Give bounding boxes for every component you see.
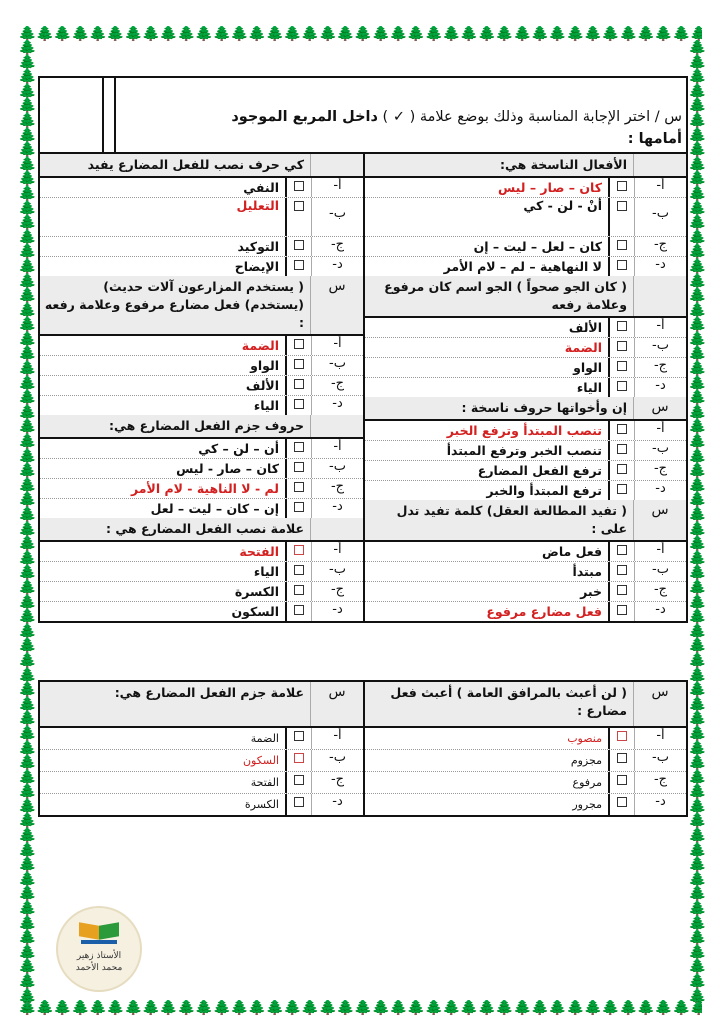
question-header: سعلامة جزم الفعل المضارع هي:: [40, 682, 363, 728]
answer-checkbox[interactable]: [285, 257, 311, 276]
decorative-tree-border-right: 🌲🌲🌲🌲🌲🌲🌲🌲🌲🌲🌲🌲🌲🌲🌲🌲🌲🌲🌲🌲🌲🌲🌲🌲🌲🌲🌲🌲🌲🌲🌲🌲🌲🌲🌲🌲🌲🌲🌲🌲…: [688, 40, 706, 1010]
answer-checkbox[interactable]: [608, 198, 634, 236]
question-text: ( كان الجو صحواً ) الجو اسم كان مرفوع وع…: [365, 276, 633, 316]
question-header: حروف جزم الفعل المضارع هي:: [40, 415, 363, 439]
checkbox-square-icon[interactable]: [294, 731, 304, 741]
answer-option: أ-فعل ماض: [365, 542, 686, 562]
option-text: مرفوع: [365, 776, 608, 789]
option-text: مبتدأ: [365, 564, 608, 579]
option-letter: ب-: [634, 198, 686, 236]
answer-checkbox[interactable]: [608, 728, 634, 749]
question-block: الأفعال الناسخة هي:أ-كان – صار – ليسب-أن…: [365, 154, 686, 276]
option-text: الياء: [40, 564, 285, 579]
option-letter: أ-: [634, 728, 686, 749]
answer-option: ج-خبر: [365, 582, 686, 602]
question-header: علامة نصب الفعل المضارع هي :: [40, 518, 363, 542]
option-letter: أ-: [311, 439, 363, 458]
answer-option: ب-التعليل: [40, 198, 363, 237]
answer-checkbox[interactable]: [285, 542, 311, 561]
option-text: أنْ - لن - كي: [365, 198, 608, 213]
answer-checkbox[interactable]: [285, 237, 311, 256]
option-text: التعليل: [40, 198, 285, 213]
question-block: كي حرف نصب للفعل المضارع يفيدأ-النفيب-ال…: [40, 154, 363, 276]
worksheet: س / اختر الإجابة المناسبة وذلك بوضع علام…: [38, 76, 688, 623]
option-text: فعل مضارع مرفوع: [365, 604, 608, 619]
checkbox-square-icon[interactable]: [294, 181, 304, 191]
checkbox-square-icon[interactable]: [294, 399, 304, 409]
answer-checkbox[interactable]: [608, 257, 634, 276]
answer-option: أ-أن – لن – كي: [40, 439, 363, 459]
option-letter: ب-: [634, 750, 686, 771]
option-text: الواو: [40, 358, 285, 373]
question-header: س( تفيد المطالعة العقل) كلمة تفيد تدل عل…: [365, 500, 686, 542]
answer-option: أ-منصوب: [365, 728, 686, 750]
question-prefix: س /: [650, 109, 682, 125]
option-letter: ج-: [634, 237, 686, 256]
answer-checkbox[interactable]: [285, 794, 311, 815]
answer-checkbox[interactable]: [285, 178, 311, 197]
option-text: الواو: [365, 360, 608, 375]
option-letter: أ-: [311, 178, 363, 197]
checkbox-square-icon[interactable]: [294, 605, 304, 615]
option-text: كان – لعل – ليت – إن: [365, 239, 608, 254]
option-text: ترفع الفعل المضارع: [365, 463, 608, 478]
checkbox-square-icon[interactable]: [617, 585, 627, 595]
answer-option: ج-الألف: [40, 376, 363, 396]
question-label: [310, 415, 363, 437]
answer-checkbox[interactable]: [285, 728, 311, 749]
option-text: الإيضاح: [40, 259, 285, 274]
option-letter: ب-: [634, 338, 686, 357]
answer-checkbox[interactable]: [608, 582, 634, 601]
option-letter: ج-: [311, 582, 363, 601]
answer-checkbox[interactable]: [285, 562, 311, 581]
option-text: كان – صار - ليس: [40, 461, 285, 476]
checkbox-square-icon[interactable]: [617, 565, 627, 575]
option-letter: أ-: [311, 542, 363, 561]
option-letter: د-: [311, 257, 363, 276]
option-letter: د-: [311, 602, 363, 621]
checkbox-square-icon[interactable]: [617, 201, 627, 211]
answer-checkbox[interactable]: [608, 602, 634, 621]
question-text: ( لن أعبث بالمرافق العامة ) أعبث فعل مضا…: [365, 682, 633, 726]
answer-checkbox[interactable]: [608, 542, 634, 561]
left-column-bottom: سعلامة جزم الفعل المضارع هي:أ-الضمةب-الس…: [40, 682, 363, 815]
checkbox-square-icon[interactable]: [294, 260, 304, 270]
instructions-box: س / اختر الإجابة المناسبة وذلك بوضع علام…: [38, 76, 688, 152]
checkbox-square-icon[interactable]: [294, 240, 304, 250]
question-label: س: [633, 682, 686, 726]
answer-option: د-الياء: [40, 396, 363, 415]
question-text: علامة نصب الفعل المضارع هي :: [40, 518, 310, 540]
option-letter: د-: [311, 396, 363, 415]
question-header: ( كان الجو صحواً ) الجو اسم كان مرفوع وع…: [365, 276, 686, 318]
option-letter: أ-: [634, 178, 686, 197]
right-column-bottom: س( لن أعبث بالمرافق العامة ) أعبث فعل مض…: [363, 682, 686, 815]
instructions-main: اختر الإجابة المناسبة وذلك بوضع علامة ( …: [378, 109, 650, 125]
option-letter: ب-: [634, 441, 686, 460]
question-text: إن وأخواتها حروف ناسخة :: [365, 397, 633, 419]
option-letter: د-: [634, 257, 686, 276]
checkbox-square-icon[interactable]: [617, 341, 627, 351]
answer-checkbox[interactable]: [285, 750, 311, 771]
answer-checkbox[interactable]: [608, 481, 634, 500]
answer-option: ب-الياء: [40, 562, 363, 582]
checkbox-square-icon[interactable]: [294, 462, 304, 472]
question-label: [633, 276, 686, 316]
checkbox-square-icon[interactable]: [617, 181, 627, 191]
option-letter: أ-: [311, 728, 363, 749]
right-column: الأفعال الناسخة هي:أ-كان – صار – ليسب-أن…: [363, 154, 686, 621]
option-text: مجرور: [365, 798, 608, 811]
answer-option: أ-الألف: [365, 318, 686, 338]
answer-checkbox[interactable]: [608, 378, 634, 397]
option-text: فعل ماض: [365, 544, 608, 559]
option-text: التوكيد: [40, 239, 285, 254]
option-letter: د-: [634, 481, 686, 500]
option-letter: د-: [311, 794, 363, 815]
checkbox-square-icon[interactable]: [617, 444, 627, 454]
checkbox-square-icon[interactable]: [617, 484, 627, 494]
checkbox-square-icon[interactable]: [617, 424, 627, 434]
decorative-tree-border-bottom: 🌲🌲🌲🌲🌲🌲🌲🌲🌲🌲🌲🌲🌲🌲🌲🌲🌲🌲🌲🌲🌲🌲🌲🌲🌲🌲🌲🌲🌲🌲🌲🌲🌲🌲🌲🌲🌲🌲🌲🌲…: [18, 1000, 702, 1020]
option-letter: د-: [634, 378, 686, 397]
option-text: الياء: [40, 398, 285, 413]
checkbox-square-icon[interactable]: [294, 585, 304, 595]
answer-option: د-الإيضاح: [40, 257, 363, 276]
option-text: الياء: [365, 380, 608, 395]
instructions-text: س / اختر الإجابة المناسبة وذلك بوضع علام…: [231, 106, 682, 150]
decorative-tree-border-left: 🌲🌲🌲🌲🌲🌲🌲🌲🌲🌲🌲🌲🌲🌲🌲🌲🌲🌲🌲🌲🌲🌲🌲🌲🌲🌲🌲🌲🌲🌲🌲🌲🌲🌲🌲🌲🌲🌲🌲🌲…: [18, 40, 36, 1010]
answer-option: ج-مرفوع: [365, 772, 686, 794]
answer-checkbox[interactable]: [285, 336, 311, 355]
checkbox-square-icon[interactable]: [294, 201, 304, 211]
answer-option: ج-لم - لا الناهية - لام الأمر: [40, 479, 363, 499]
question-block: سإن وأخواتها حروف ناسخة :أ-تنصب المبتدأ …: [365, 397, 686, 500]
answer-checkbox[interactable]: [285, 602, 311, 621]
option-letter: أ-: [634, 542, 686, 561]
option-text: لا النهاهية – لم – لام الأمر: [365, 259, 608, 274]
question-block: س( تفيد المطالعة العقل) كلمة تفيد تدل عل…: [365, 500, 686, 621]
answer-option: أ-النفي: [40, 178, 363, 198]
checkbox-square-icon[interactable]: [294, 775, 304, 785]
option-letter: ج-: [634, 772, 686, 793]
question-block: ( كان الجو صحواً ) الجو اسم كان مرفوع وع…: [365, 276, 686, 397]
option-text: إن – كان – ليت – لعل: [40, 501, 285, 516]
option-text: الضمة: [40, 338, 285, 353]
checkbox-square-icon[interactable]: [617, 260, 627, 270]
question-text: علامة جزم الفعل المضارع هي:: [40, 682, 310, 726]
answer-option: ج-الكسرة: [40, 582, 363, 602]
option-letter: د-: [634, 794, 686, 815]
answer-option: ب-السكون: [40, 750, 363, 772]
answer-checkbox[interactable]: [608, 794, 634, 815]
option-text: الفتحة: [40, 776, 285, 789]
question-label: [633, 154, 686, 176]
option-text: الضمة: [365, 340, 608, 355]
answer-checkbox[interactable]: [608, 178, 634, 197]
answer-checkbox[interactable]: [285, 376, 311, 395]
answer-option: ج-التوكيد: [40, 237, 363, 257]
checkbox-square-icon[interactable]: [294, 565, 304, 575]
question-label: س: [310, 682, 363, 726]
checkbox-square-icon[interactable]: [617, 361, 627, 371]
checkbox-square-icon[interactable]: [617, 240, 627, 250]
option-text: السكون: [40, 754, 285, 767]
answer-checkbox[interactable]: [608, 750, 634, 771]
answer-option: ب-مبتدأ: [365, 562, 686, 582]
answer-checkbox[interactable]: [285, 772, 311, 793]
option-text: الألف: [40, 378, 285, 393]
checkbox-square-icon[interactable]: [294, 753, 304, 763]
question-block: سعلامة جزم الفعل المضارع هي:أ-الضمةب-الس…: [40, 682, 363, 815]
answer-checkbox[interactable]: [608, 441, 634, 460]
answer-option: أ-كان – صار – ليس: [365, 178, 686, 198]
answer-option: أ-الضمة: [40, 336, 363, 356]
checkbox-square-icon[interactable]: [617, 545, 627, 555]
question-header: سإن وأخواتها حروف ناسخة :: [365, 397, 686, 421]
answer-checkbox[interactable]: [608, 421, 634, 440]
option-text: الفتحة: [40, 544, 285, 559]
option-letter: ب-: [311, 562, 363, 581]
question-label: س: [310, 276, 363, 334]
question-text: ( تفيد المطالعة العقل) كلمة تفيد تدل على…: [365, 500, 633, 540]
question-block: حروف جزم الفعل المضارع هي:أ-أن – لن – كي…: [40, 415, 363, 518]
checkbox-square-icon[interactable]: [617, 464, 627, 474]
question-header: س( لن أعبث بالمرافق العامة ) أعبث فعل مض…: [365, 682, 686, 728]
answer-checkbox[interactable]: [285, 459, 311, 478]
answer-option: ج-الفتحة: [40, 772, 363, 794]
option-letter: ج-: [634, 461, 686, 480]
answer-checkbox[interactable]: [285, 439, 311, 458]
question-header: س( يستخدم المزارعون آلات حديث)(يستخدم) ف…: [40, 276, 363, 336]
option-text: خبر: [365, 584, 608, 599]
question-text: كي حرف نصب للفعل المضارع يفيد: [40, 154, 310, 176]
answer-option: د-لا النهاهية – لم – لام الأمر: [365, 257, 686, 276]
checkbox-square-icon[interactable]: [617, 321, 627, 331]
question-header: كي حرف نصب للفعل المضارع يفيد: [40, 154, 363, 178]
option-letter: ج-: [311, 376, 363, 395]
instructions-bold: داخل المربع الموجود: [231, 109, 378, 125]
option-letter: ج-: [311, 237, 363, 256]
checkbox-square-icon[interactable]: [617, 797, 627, 807]
option-letter: ج-: [311, 479, 363, 498]
answer-option: ب-تنصب الخبر وترفع المبتدأ: [365, 441, 686, 461]
answer-option: ب-مجزوم: [365, 750, 686, 772]
option-letter: ب-: [634, 562, 686, 581]
checkbox-square-icon[interactable]: [294, 482, 304, 492]
questions-grid: الأفعال الناسخة هي:أ-كان – صار – ليسب-أن…: [38, 152, 688, 623]
option-text: الضمة: [40, 732, 285, 745]
option-text: النفي: [40, 180, 285, 195]
option-text: أن – لن – كي: [40, 441, 285, 456]
question-label: س: [633, 500, 686, 540]
answer-checkbox[interactable]: [608, 562, 634, 581]
answer-option: ب-كان – صار - ليس: [40, 459, 363, 479]
option-text: كان – صار – ليس: [365, 180, 608, 195]
answer-checkbox[interactable]: [608, 358, 634, 377]
open-book-icon: [79, 922, 119, 940]
question-label: س: [633, 397, 686, 419]
option-letter: أ-: [634, 421, 686, 440]
checkbox-square-icon[interactable]: [617, 753, 627, 763]
option-text: مجزوم: [365, 754, 608, 767]
option-text: لم - لا الناهية - لام الأمر: [40, 481, 285, 496]
answer-option: د-إن – كان – ليت – لعل: [40, 499, 363, 518]
checkbox-square-icon[interactable]: [294, 339, 304, 349]
option-letter: ب-: [311, 459, 363, 478]
option-text: تنصب المبتدأ وترفع الخبر: [365, 423, 608, 438]
question-label: [310, 154, 363, 176]
answer-option: ج-الواو: [365, 358, 686, 378]
question-text: الأفعال الناسخة هي:: [365, 154, 633, 176]
option-letter: د-: [634, 602, 686, 621]
checkbox-square-icon[interactable]: [294, 797, 304, 807]
question-text: ( يستخدم المزارعون آلات حديث)(يستخدم) فع…: [40, 276, 310, 334]
answer-checkbox[interactable]: [608, 237, 634, 256]
answer-option: ج-ترفع الفعل المضارع: [365, 461, 686, 481]
answer-checkbox[interactable]: [608, 772, 634, 793]
checkbox-square-icon[interactable]: [617, 381, 627, 391]
checkbox-square-icon[interactable]: [294, 442, 304, 452]
answer-option: ج-كان – لعل – ليت – إن: [365, 237, 686, 257]
checkbox-square-icon[interactable]: [294, 502, 304, 512]
checkbox-square-icon[interactable]: [617, 605, 627, 615]
option-letter: ج-: [634, 582, 686, 601]
option-letter: ج-: [311, 772, 363, 793]
checkbox-square-icon[interactable]: [294, 545, 304, 555]
answer-checkbox[interactable]: [285, 582, 311, 601]
answer-checkbox[interactable]: [285, 198, 311, 236]
answer-option: د-السكون: [40, 602, 363, 621]
answer-option: أ-تنصب المبتدأ وترفع الخبر: [365, 421, 686, 441]
option-letter: أ-: [634, 318, 686, 337]
left-column: كي حرف نصب للفعل المضارع يفيدأ-النفيب-ال…: [40, 154, 363, 621]
question-block: علامة نصب الفعل المضارع هي :أ-الفتحةب-ال…: [40, 518, 363, 621]
answer-option: ب-أنْ - لن - كي: [365, 198, 686, 237]
divider: [102, 78, 104, 152]
question-label: [310, 518, 363, 540]
option-text: الألف: [365, 320, 608, 335]
divider: [114, 78, 116, 152]
answer-option: ب-الضمة: [365, 338, 686, 358]
answer-checkbox[interactable]: [285, 356, 311, 375]
answer-checkbox[interactable]: [608, 318, 634, 337]
option-letter: ب-: [311, 750, 363, 771]
option-text: الكسرة: [40, 798, 285, 811]
option-letter: ب-: [311, 198, 363, 236]
question-header: الأفعال الناسخة هي:: [365, 154, 686, 178]
checkbox-square-icon[interactable]: [617, 775, 627, 785]
question-text: حروف جزم الفعل المضارع هي:: [40, 415, 310, 437]
teacher-logo: الأستاذ زهير محمد الأحمد: [56, 906, 142, 992]
option-text: منصوب: [365, 732, 608, 745]
option-text: تنصب الخبر وترفع المبتدأ: [365, 443, 608, 458]
answer-option: د-مجرور: [365, 794, 686, 815]
decorative-tree-border-top: 🌲🌲🌲🌲🌲🌲🌲🌲🌲🌲🌲🌲🌲🌲🌲🌲🌲🌲🌲🌲🌲🌲🌲🌲🌲🌲🌲🌲🌲🌲🌲🌲🌲🌲🌲🌲🌲🌲🌲🌲…: [18, 26, 702, 46]
question-block: س( يستخدم المزارعون آلات حديث)(يستخدم) ف…: [40, 276, 363, 415]
answer-checkbox[interactable]: [608, 461, 634, 480]
option-letter: أ-: [311, 336, 363, 355]
answer-option: د-الكسرة: [40, 794, 363, 815]
question-block: س( لن أعبث بالمرافق العامة ) أعبث فعل مض…: [365, 682, 686, 815]
logo-signature: الأستاذ زهير محمد الأحمد: [58, 950, 140, 974]
checkbox-square-icon[interactable]: [294, 359, 304, 369]
option-letter: ج-: [634, 358, 686, 377]
checkbox-square-icon[interactable]: [294, 379, 304, 389]
questions-grid-bottom: س( لن أعبث بالمرافق العامة ) أعبث فعل مض…: [38, 680, 688, 817]
option-letter: د-: [311, 499, 363, 518]
option-text: السكون: [40, 604, 285, 619]
answer-option: أ-الفتحة: [40, 542, 363, 562]
answer-option: د-ترفع المبتدأ والخبر: [365, 481, 686, 500]
checkbox-square-icon[interactable]: [617, 731, 627, 741]
option-text: ترفع المبتدأ والخبر: [365, 483, 608, 498]
answer-option: ب-الواو: [40, 356, 363, 376]
answer-option: د-فعل مضارع مرفوع: [365, 602, 686, 621]
option-text: الكسرة: [40, 584, 285, 599]
answer-checkbox[interactable]: [285, 499, 311, 518]
answer-checkbox[interactable]: [285, 396, 311, 415]
answer-checkbox[interactable]: [608, 338, 634, 357]
answer-option: د-الياء: [365, 378, 686, 397]
instructions-line2: أمامها :: [628, 131, 682, 147]
option-letter: ب-: [311, 356, 363, 375]
answer-checkbox[interactable]: [285, 479, 311, 498]
answer-option: أ-الضمة: [40, 728, 363, 750]
